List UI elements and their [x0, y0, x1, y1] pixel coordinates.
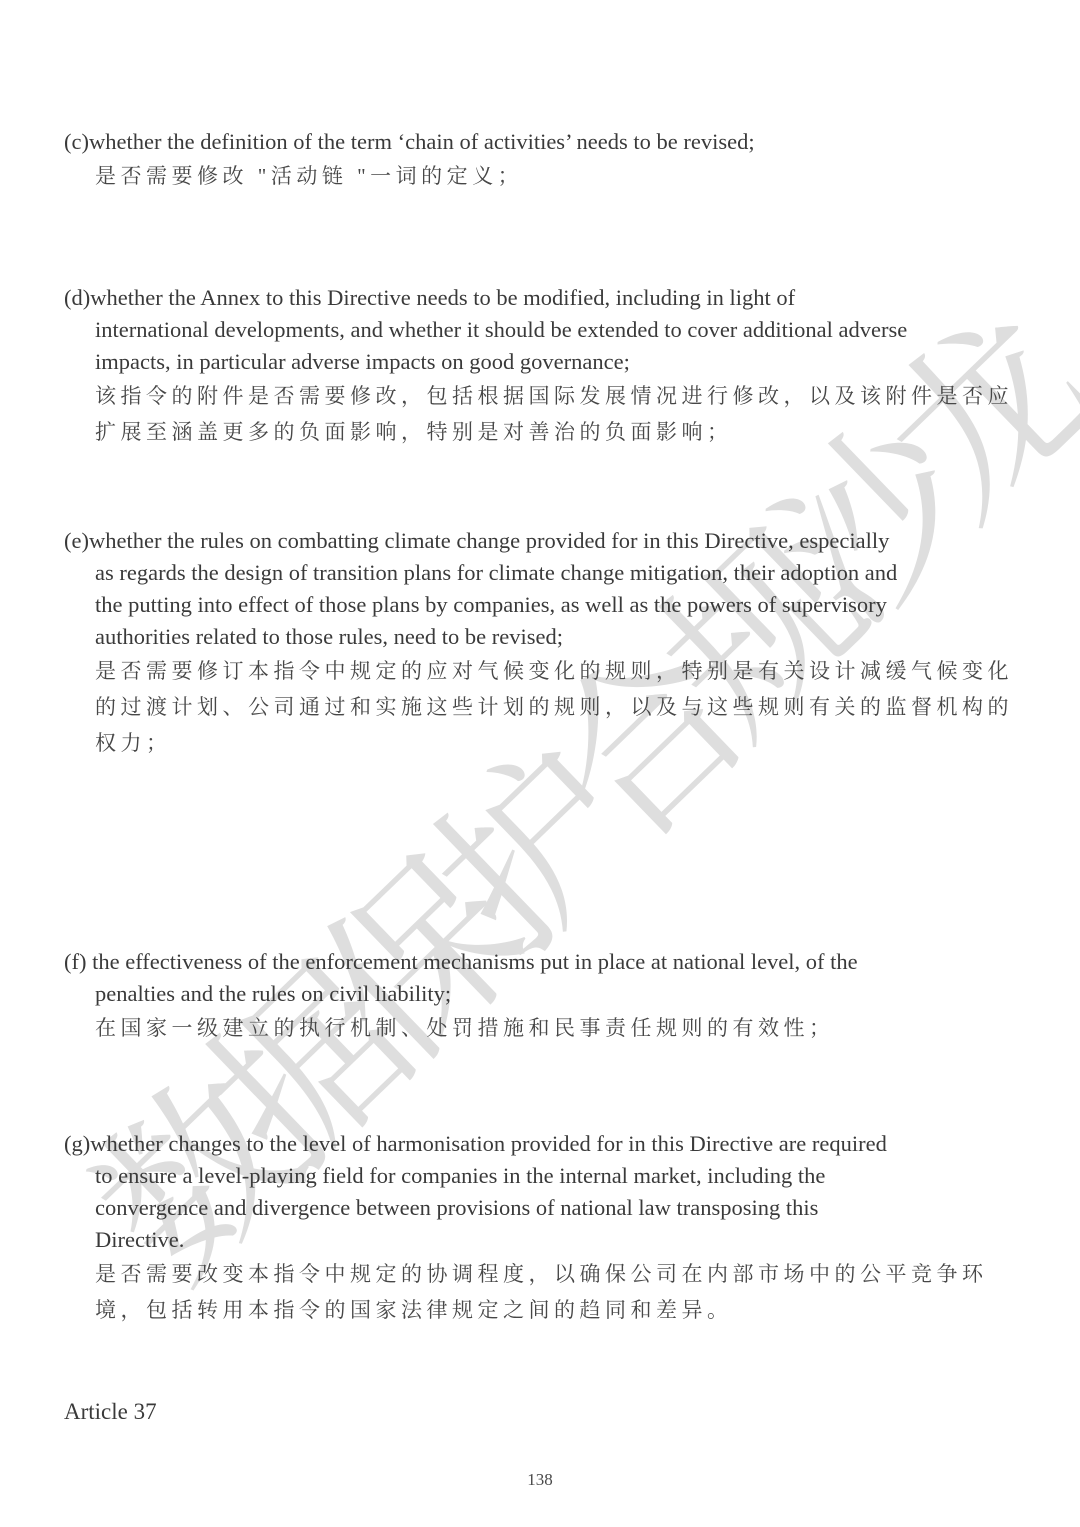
article-heading: Article 37 [64, 1396, 1044, 1428]
item-c-english-text: whether the definition of the term ‘chai… [89, 129, 755, 154]
item-d-marker: (d) [64, 285, 90, 310]
item-c-marker: (c) [64, 129, 89, 154]
item-c-chinese: 是否需要修改 "活动链 "一词的定义； [64, 158, 1044, 194]
list-item-c: (c)whether the definition of the term ‘c… [64, 126, 1044, 194]
item-g-english: (g)whether changes to the level of harmo… [64, 1128, 1044, 1256]
item-g-english-text: whether changes to the level of harmonis… [90, 1131, 887, 1252]
item-d-english-text: whether the Annex to this Directive need… [90, 285, 907, 374]
list-item-g: (g)whether changes to the level of harmo… [64, 1128, 1044, 1328]
list-item-d: (d)whether the Annex to this Directive n… [64, 282, 1044, 450]
page-number: 138 [0, 1470, 1080, 1490]
item-d-english: (d)whether the Annex to this Directive n… [64, 282, 1044, 378]
item-e-chinese: 是否需要修订本指令中规定的应对气候变化的规则，特别是有关设计减缓气候变化 的过渡… [64, 653, 1044, 761]
list-item-e: (e)whether the rules on combatting clima… [64, 525, 1044, 761]
document-page: { "document": { "watermark_text": "数据保护合… [0, 0, 1080, 1527]
item-f-english-text: the effectiveness of the enforcement mec… [86, 949, 857, 1006]
page-content: (c)whether the definition of the term ‘c… [0, 0, 1080, 1428]
item-e-marker: (e) [64, 528, 89, 553]
item-f-marker: (f) [64, 949, 86, 974]
list-item-f: (f) the effectiveness of the enforcement… [64, 946, 1044, 1046]
item-c-english: (c)whether the definition of the term ‘c… [64, 126, 1044, 158]
item-g-chinese: 是否需要改变本指令中规定的协调程度，以确保公司在内部市场中的公平竞争环 境，包括… [64, 1256, 1044, 1328]
item-e-english-text: whether the rules on combatting climate … [89, 528, 897, 649]
item-f-chinese: 在国家一级建立的执行机制、处罚措施和民事责任规则的有效性； [64, 1010, 1044, 1046]
item-f-english: (f) the effectiveness of the enforcement… [64, 946, 1044, 1010]
item-e-english: (e)whether the rules on combatting clima… [64, 525, 1044, 653]
item-d-chinese: 该指令的附件是否需要修改，包括根据国际发展情况进行修改，以及该附件是否应 扩展至… [64, 378, 1044, 450]
item-g-marker: (g) [64, 1131, 90, 1156]
